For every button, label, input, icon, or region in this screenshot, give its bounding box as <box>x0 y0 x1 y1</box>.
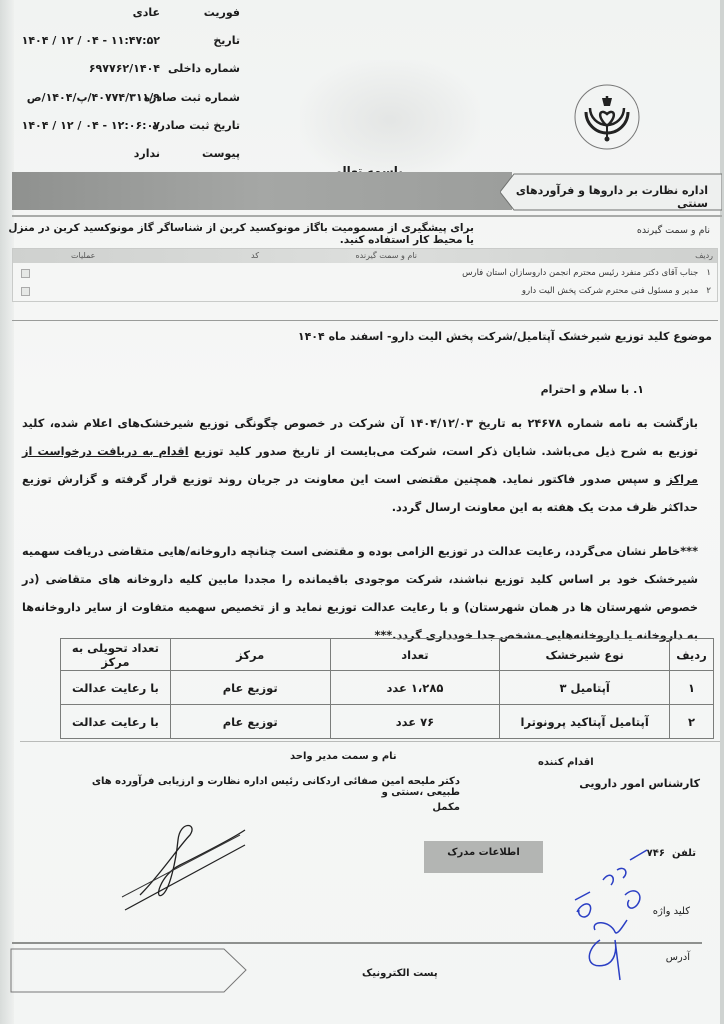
recipients-table-header: ردیف نام و سمت گیرنده کد عملیات <box>13 249 717 263</box>
meta-outgoing-number: شماره ثبت صادره۴۰۷۷۴/۳۱۱/۹/پ/۱۴۰۴/ص <box>27 91 240 104</box>
letter-subject: موضوع کلید توزیع شیرخشک آپتامیل/شرکت پخش… <box>298 330 712 343</box>
actor-label: اقدام کننده <box>538 757 594 768</box>
recipient-row: ۱ جناب آقای دکتر منفرد رئیس محترم انجمن … <box>462 268 711 278</box>
unit-manager-label: نام و سمت مدیر واحد <box>290 751 397 762</box>
recipient-row: ۲ مدیر و مسئول فنی محترم شرکت پخش الیت د… <box>522 286 711 296</box>
distribution-table: ردیف نوع شیرخشک تعداد مرکز تعداد تحویلی … <box>60 638 714 739</box>
signer-name: دکتر ملیحه امین صفائی اردکانی رئیس اداره… <box>60 776 460 813</box>
meta-outgoing-date: تاریخ ثبت صادره۱۴۰۴ / ۱۲ / ۰۴ - ۱۲:۰۶:۰۷ <box>22 119 240 132</box>
department-name: اداره نظارت بر داروها و فرآوردهای سنتی <box>500 184 708 210</box>
handwritten-note <box>555 840 675 994</box>
col-index: ردیف <box>695 251 713 260</box>
greeting: ۱. با سلام و احترام <box>541 383 644 396</box>
table-header-row: ردیف نوع شیرخشک تعداد مرکز تعداد تحویلی … <box>61 639 714 671</box>
col-recipient: نام و سمت گیرنده <box>355 251 417 260</box>
col-code: کد <box>251 251 259 260</box>
department-banner-bar <box>12 172 512 210</box>
signature <box>110 815 260 929</box>
co-warning-text: برای پیشگیری از مسمومیت باگاز مونوکسید ک… <box>0 222 474 246</box>
table-row: ۱ آپتامیل ۳ ۱،۲۸۵ عدد توزیع عام با رعایت… <box>61 671 714 705</box>
email-label: پست الکترونیک <box>362 968 438 979</box>
meta-date: تاریخ۱۴۰۴ / ۱۲ / ۰۴ - ۱۱:۴۷:۵۲ <box>22 34 240 47</box>
body-paragraph-2: ***خاطر نشان می‌گردد، رعایت عدالت در توز… <box>22 538 698 650</box>
department-banner: اداره نظارت بر داروها و فرآوردهای سنتی <box>500 172 722 210</box>
footer-tab-shape <box>10 948 250 998</box>
body-paragraph-1: بازگشت به نامه شماره ۲۴۶۷۸ به تاریخ ۱۴۰۴… <box>22 410 698 522</box>
scan-edge-shadow <box>0 0 14 1024</box>
university-logo-icon <box>572 82 642 152</box>
scan-edge-right <box>720 0 724 1024</box>
meta-attachment: پیوستندارد <box>134 147 240 160</box>
table-row: ۲ آپتامیل آپتاکید پرونوترا ۷۶ عدد توزیع … <box>61 705 714 739</box>
document-action-icon[interactable] <box>21 269 30 278</box>
divider <box>20 741 720 742</box>
document-action-icon[interactable] <box>21 287 30 296</box>
recipients-table: ردیف نام و سمت گیرنده کد عملیات ۱ جناب آ… <box>12 248 718 302</box>
divider <box>12 215 722 217</box>
recipients-label: نام و سمت گیرنده <box>637 225 710 236</box>
letter-page: فوریتعادی تاریخ۱۴۰۴ / ۱۲ / ۰۴ - ۱۱:۴۷:۵۲… <box>0 0 724 1024</box>
actor-title: کارشناس امور دارویی <box>579 777 700 790</box>
meta-priority: فوریتعادی <box>133 6 240 19</box>
document-info-button[interactable]: اطلاعات مدرک <box>424 841 543 873</box>
divider <box>12 320 718 321</box>
meta-internal-number: شماره داخلی۶۹۷۷۶۲/۱۴۰۴ <box>89 62 240 75</box>
col-actions: عملیات <box>71 251 95 260</box>
watermark-emblem <box>300 60 480 180</box>
